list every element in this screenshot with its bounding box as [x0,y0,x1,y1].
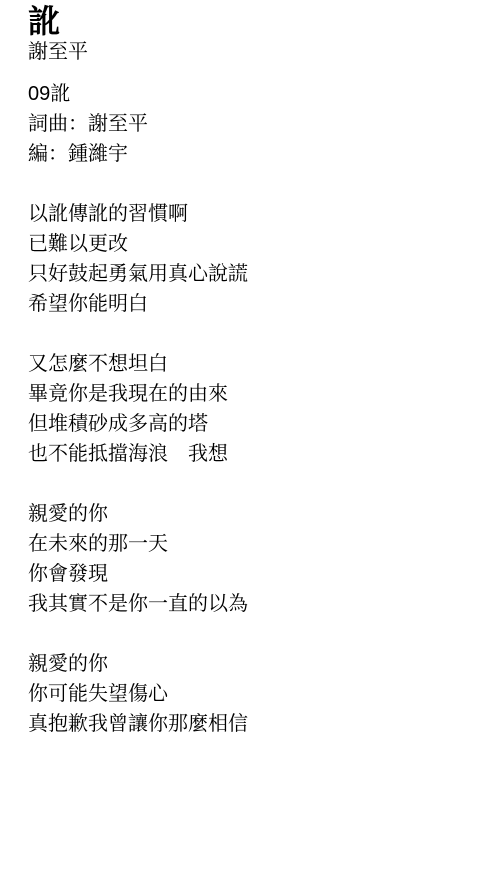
verse-2: 又怎麼不想坦白 畢竟你是我現在的由來 但堆積砂成多高的塔 也不能抵擋海浪 我想 [28,349,476,469]
lyric-line: 真抱歉我曾讓你那麼相信 [28,709,476,739]
lyric-line: 親愛的你 [28,499,476,529]
lyric-line: 又怎麼不想坦白 [28,349,476,379]
lyric-line: 畢竟你是我現在的由來 [28,379,476,409]
credit-lyrics-music: 詞曲：謝至平 [28,109,476,139]
lyric-line: 但堆積砂成多高的塔 [28,409,476,439]
lyric-line: 也不能抵擋海浪 我想 [28,439,476,469]
verse-3: 親愛的你 在未來的那一天 你會發現 我其實不是你一直的以為 [28,499,476,619]
verse-1: 以訛傳訛的習慣啊 已難以更改 只好鼓起勇氣用真心說謊 希望你能明白 [28,199,476,319]
artist-name: 謝至平 [28,39,476,66]
lyric-line: 希望你能明白 [28,289,476,319]
credit-arranger: 編：鍾濰宇 [28,139,476,169]
lyrics-page: 訛 謝至平 09訛 詞曲：謝至平 編：鍾濰宇 以訛傳訛的習慣啊 已難以更改 只好… [0,0,500,739]
lyric-line: 你可能失望傷心 [28,679,476,709]
lyric-line: 你會發現 [28,559,476,589]
song-info-block: 09訛 詞曲：謝至平 編：鍾濰宇 [28,79,476,169]
track-number: 09訛 [28,79,476,109]
lyric-line: 以訛傳訛的習慣啊 [28,199,476,229]
lyric-line: 只好鼓起勇氣用真心說謊 [28,259,476,289]
lyric-line: 已難以更改 [28,229,476,259]
lyric-line: 我其實不是你一直的以為 [28,589,476,619]
lyric-line: 親愛的你 [28,649,476,679]
verse-4: 親愛的你 你可能失望傷心 真抱歉我曾讓你那麼相信 [28,649,476,739]
song-title: 訛 [28,3,476,39]
lyric-line: 在未來的那一天 [28,529,476,559]
